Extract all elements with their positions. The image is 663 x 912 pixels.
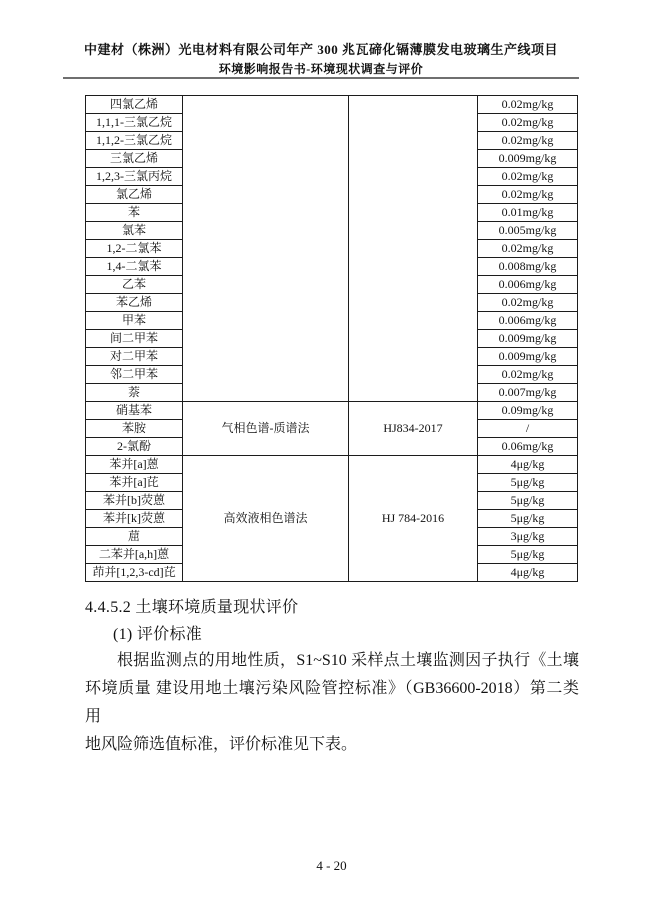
chemical-name-cell: 1,1,1-三氯乙烷: [86, 114, 183, 132]
detection-limit-cell: 0.007mg/kg: [478, 384, 578, 402]
detection-limit-cell: 0.02mg/kg: [478, 96, 578, 114]
analysis-method-cell: 高效液相色谱法: [183, 456, 349, 582]
method-standard-cell: HJ834-2017: [349, 402, 478, 456]
body-paragraph: 根据监测点的用地性质，S1~S10 采样点土壤监测因子执行《土壤 环境质量 建设…: [85, 647, 579, 759]
detection-limit-cell: 4μg/kg: [478, 456, 578, 474]
section-heading: 4.4.5.2 土壤环境质量现状评价: [85, 594, 298, 617]
chemical-name-cell: 四氯乙烯: [86, 96, 183, 114]
detection-limit-cell: 0.006mg/kg: [478, 276, 578, 294]
method-standard-cell: [349, 96, 478, 402]
detection-limits-table: 四氯乙烯0.02mg/kg1,1,1-三氯乙烷0.02mg/kg1,1,2-三氯…: [85, 95, 578, 582]
detection-limit-cell: 0.009mg/kg: [478, 150, 578, 168]
chemical-name-cell: 1,1,2-三氯乙烷: [86, 132, 183, 150]
detection-limit-cell: 5μg/kg: [478, 492, 578, 510]
analysis-method-cell: 气相色谱-质谱法: [183, 402, 349, 456]
detection-limit-cell: 0.02mg/kg: [478, 294, 578, 312]
chemical-name-cell: 1,2,3-三氯丙烷: [86, 168, 183, 186]
chemical-name-cell: 硝基苯: [86, 402, 183, 420]
document-header-subtitle: 环境影响报告书-环境现状调查与评价: [63, 60, 579, 77]
detection-limit-cell: 4μg/kg: [478, 564, 578, 582]
chemical-name-cell: 乙苯: [86, 276, 183, 294]
document-header-title: 中建材（株洲）光电材料有限公司年产 300 兆瓦碲化镉薄膜发电玻璃生产线项目: [63, 39, 579, 58]
chemical-name-cell: 茚并[1,2,3-cd]芘: [86, 564, 183, 582]
chemical-name-cell: 三氯乙烯: [86, 150, 183, 168]
detection-limits-table-body: 四氯乙烯0.02mg/kg1,1,1-三氯乙烷0.02mg/kg1,1,2-三氯…: [86, 96, 578, 582]
table-row: 苯并[a]蒽高效液相色谱法HJ 784-20164μg/kg: [86, 456, 578, 474]
chemical-name-cell: 苯并[a]蒽: [86, 456, 183, 474]
detection-limit-cell: 0.09mg/kg: [478, 402, 578, 420]
detection-limit-cell: 5μg/kg: [478, 510, 578, 528]
paragraph-line: 地风险筛选值标准，评价标准见下表。: [85, 731, 579, 759]
chemical-name-cell: 二苯并[a,h]蒽: [86, 546, 183, 564]
detection-limit-cell: 0.02mg/kg: [478, 366, 578, 384]
chemical-name-cell: 萘: [86, 384, 183, 402]
method-standard-cell: HJ 784-2016: [349, 456, 478, 582]
chemical-name-cell: 苯并[k]荧蒽: [86, 510, 183, 528]
table-row: 硝基苯气相色谱-质谱法HJ834-20170.09mg/kg: [86, 402, 578, 420]
detection-limit-cell: 0.008mg/kg: [478, 258, 578, 276]
chemical-name-cell: 间二甲苯: [86, 330, 183, 348]
detection-limit-cell: /: [478, 420, 578, 438]
chemical-name-cell: 1,4-二氯苯: [86, 258, 183, 276]
analysis-method-cell: [183, 96, 349, 402]
table-row: 四氯乙烯0.02mg/kg: [86, 96, 578, 114]
detection-limit-cell: 0.02mg/kg: [478, 114, 578, 132]
chemical-name-cell: 苯: [86, 204, 183, 222]
chemical-name-cell: 氯乙烯: [86, 186, 183, 204]
detection-limit-cell: 0.02mg/kg: [478, 168, 578, 186]
detection-limit-cell: 0.006mg/kg: [478, 312, 578, 330]
detection-limit-cell: 3μg/kg: [478, 528, 578, 546]
document-page: 中建材（株洲）光电材料有限公司年产 300 兆瓦碲化镉薄膜发电玻璃生产线项目 环…: [0, 0, 663, 912]
chemical-name-cell: 甲苯: [86, 312, 183, 330]
chemical-name-cell: 苯胺: [86, 420, 183, 438]
chemical-name-cell: 对二甲苯: [86, 348, 183, 366]
detection-limit-cell: 0.009mg/kg: [478, 348, 578, 366]
page-number: 4 - 20: [0, 858, 663, 874]
header-divider: [63, 77, 579, 79]
detection-limit-cell: 0.01mg/kg: [478, 204, 578, 222]
detection-limit-cell: 0.02mg/kg: [478, 186, 578, 204]
section-subheading: (1) 评价标准: [113, 621, 202, 644]
detection-limit-cell: 0.009mg/kg: [478, 330, 578, 348]
chemical-name-cell: 1,2-二氯苯: [86, 240, 183, 258]
chemical-name-cell: 苯乙烯: [86, 294, 183, 312]
detection-limit-cell: 5μg/kg: [478, 546, 578, 564]
detection-limit-cell: 0.02mg/kg: [478, 132, 578, 150]
paragraph-line: 环境质量 建设用地土壤污染风险管控标准》（GB36600-2018）第二类用: [85, 675, 579, 731]
chemical-name-cell: 苯并[a]芘: [86, 474, 183, 492]
paragraph-line: 根据监测点的用地性质，S1~S10 采样点土壤监测因子执行《土壤: [85, 647, 579, 675]
chemical-name-cell: 邻二甲苯: [86, 366, 183, 384]
detection-limit-cell: 0.06mg/kg: [478, 438, 578, 456]
chemical-name-cell: 䓛: [86, 528, 183, 546]
detection-limit-cell: 5μg/kg: [478, 474, 578, 492]
chemical-name-cell: 氯苯: [86, 222, 183, 240]
detection-limit-cell: 0.02mg/kg: [478, 240, 578, 258]
chemical-name-cell: 2-氯酚: [86, 438, 183, 456]
chemical-name-cell: 苯并[b]荧蒽: [86, 492, 183, 510]
detection-limit-cell: 0.005mg/kg: [478, 222, 578, 240]
